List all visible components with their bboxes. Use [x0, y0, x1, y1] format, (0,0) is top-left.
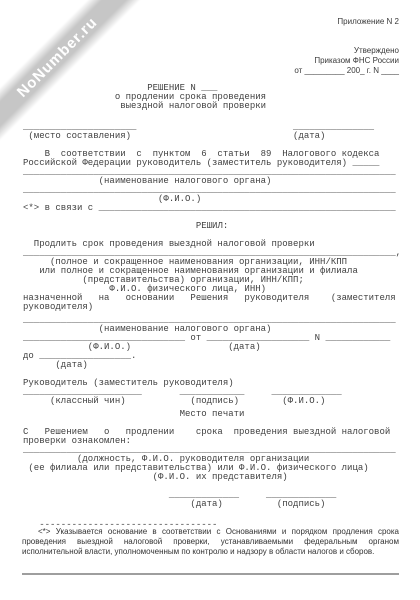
form-body: РЕШЕНИЕ N ___ о продлении срока проведен…: [23, 84, 403, 530]
approved-date-number-line: от _________ 200_ г. N ____: [294, 66, 399, 76]
acknowledged-hint-line3: (Ф.И.О. их представителя): [23, 473, 403, 482]
approved-by-line: Приказом ФНС России: [294, 56, 399, 66]
resolved-heading: РЕШИЛ:: [23, 222, 403, 231]
seal-place-caption: Место печати: [23, 410, 403, 419]
document-page: NoNumber.ru Приложение N 2 Утверждено Пр…: [0, 0, 420, 600]
reason-blank-line: <*> в связи с __________________________…: [23, 204, 403, 213]
place-date-labels: (место составления) (дата): [23, 132, 403, 141]
bottom-rule: [22, 573, 399, 575]
head-signature-labels: (классный чин) (подпись) (Ф.И.О.): [23, 397, 403, 406]
decision-title-line3: выездной налоговой проверки: [23, 102, 403, 111]
footnote-text: <*> Указывается основание в соответствии…: [22, 527, 399, 557]
approved-caption: Утверждено: [294, 46, 399, 56]
appendix-number: Приложение N 2: [294, 17, 399, 27]
ack-date-signature-labels: (дата) (подпись): [23, 500, 403, 509]
document-header: Приложение N 2 Утверждено Приказом ФНС Р…: [294, 17, 399, 76]
until-date-label: (дата): [23, 361, 403, 370]
appointed-line2: руководителя): [23, 303, 403, 312]
